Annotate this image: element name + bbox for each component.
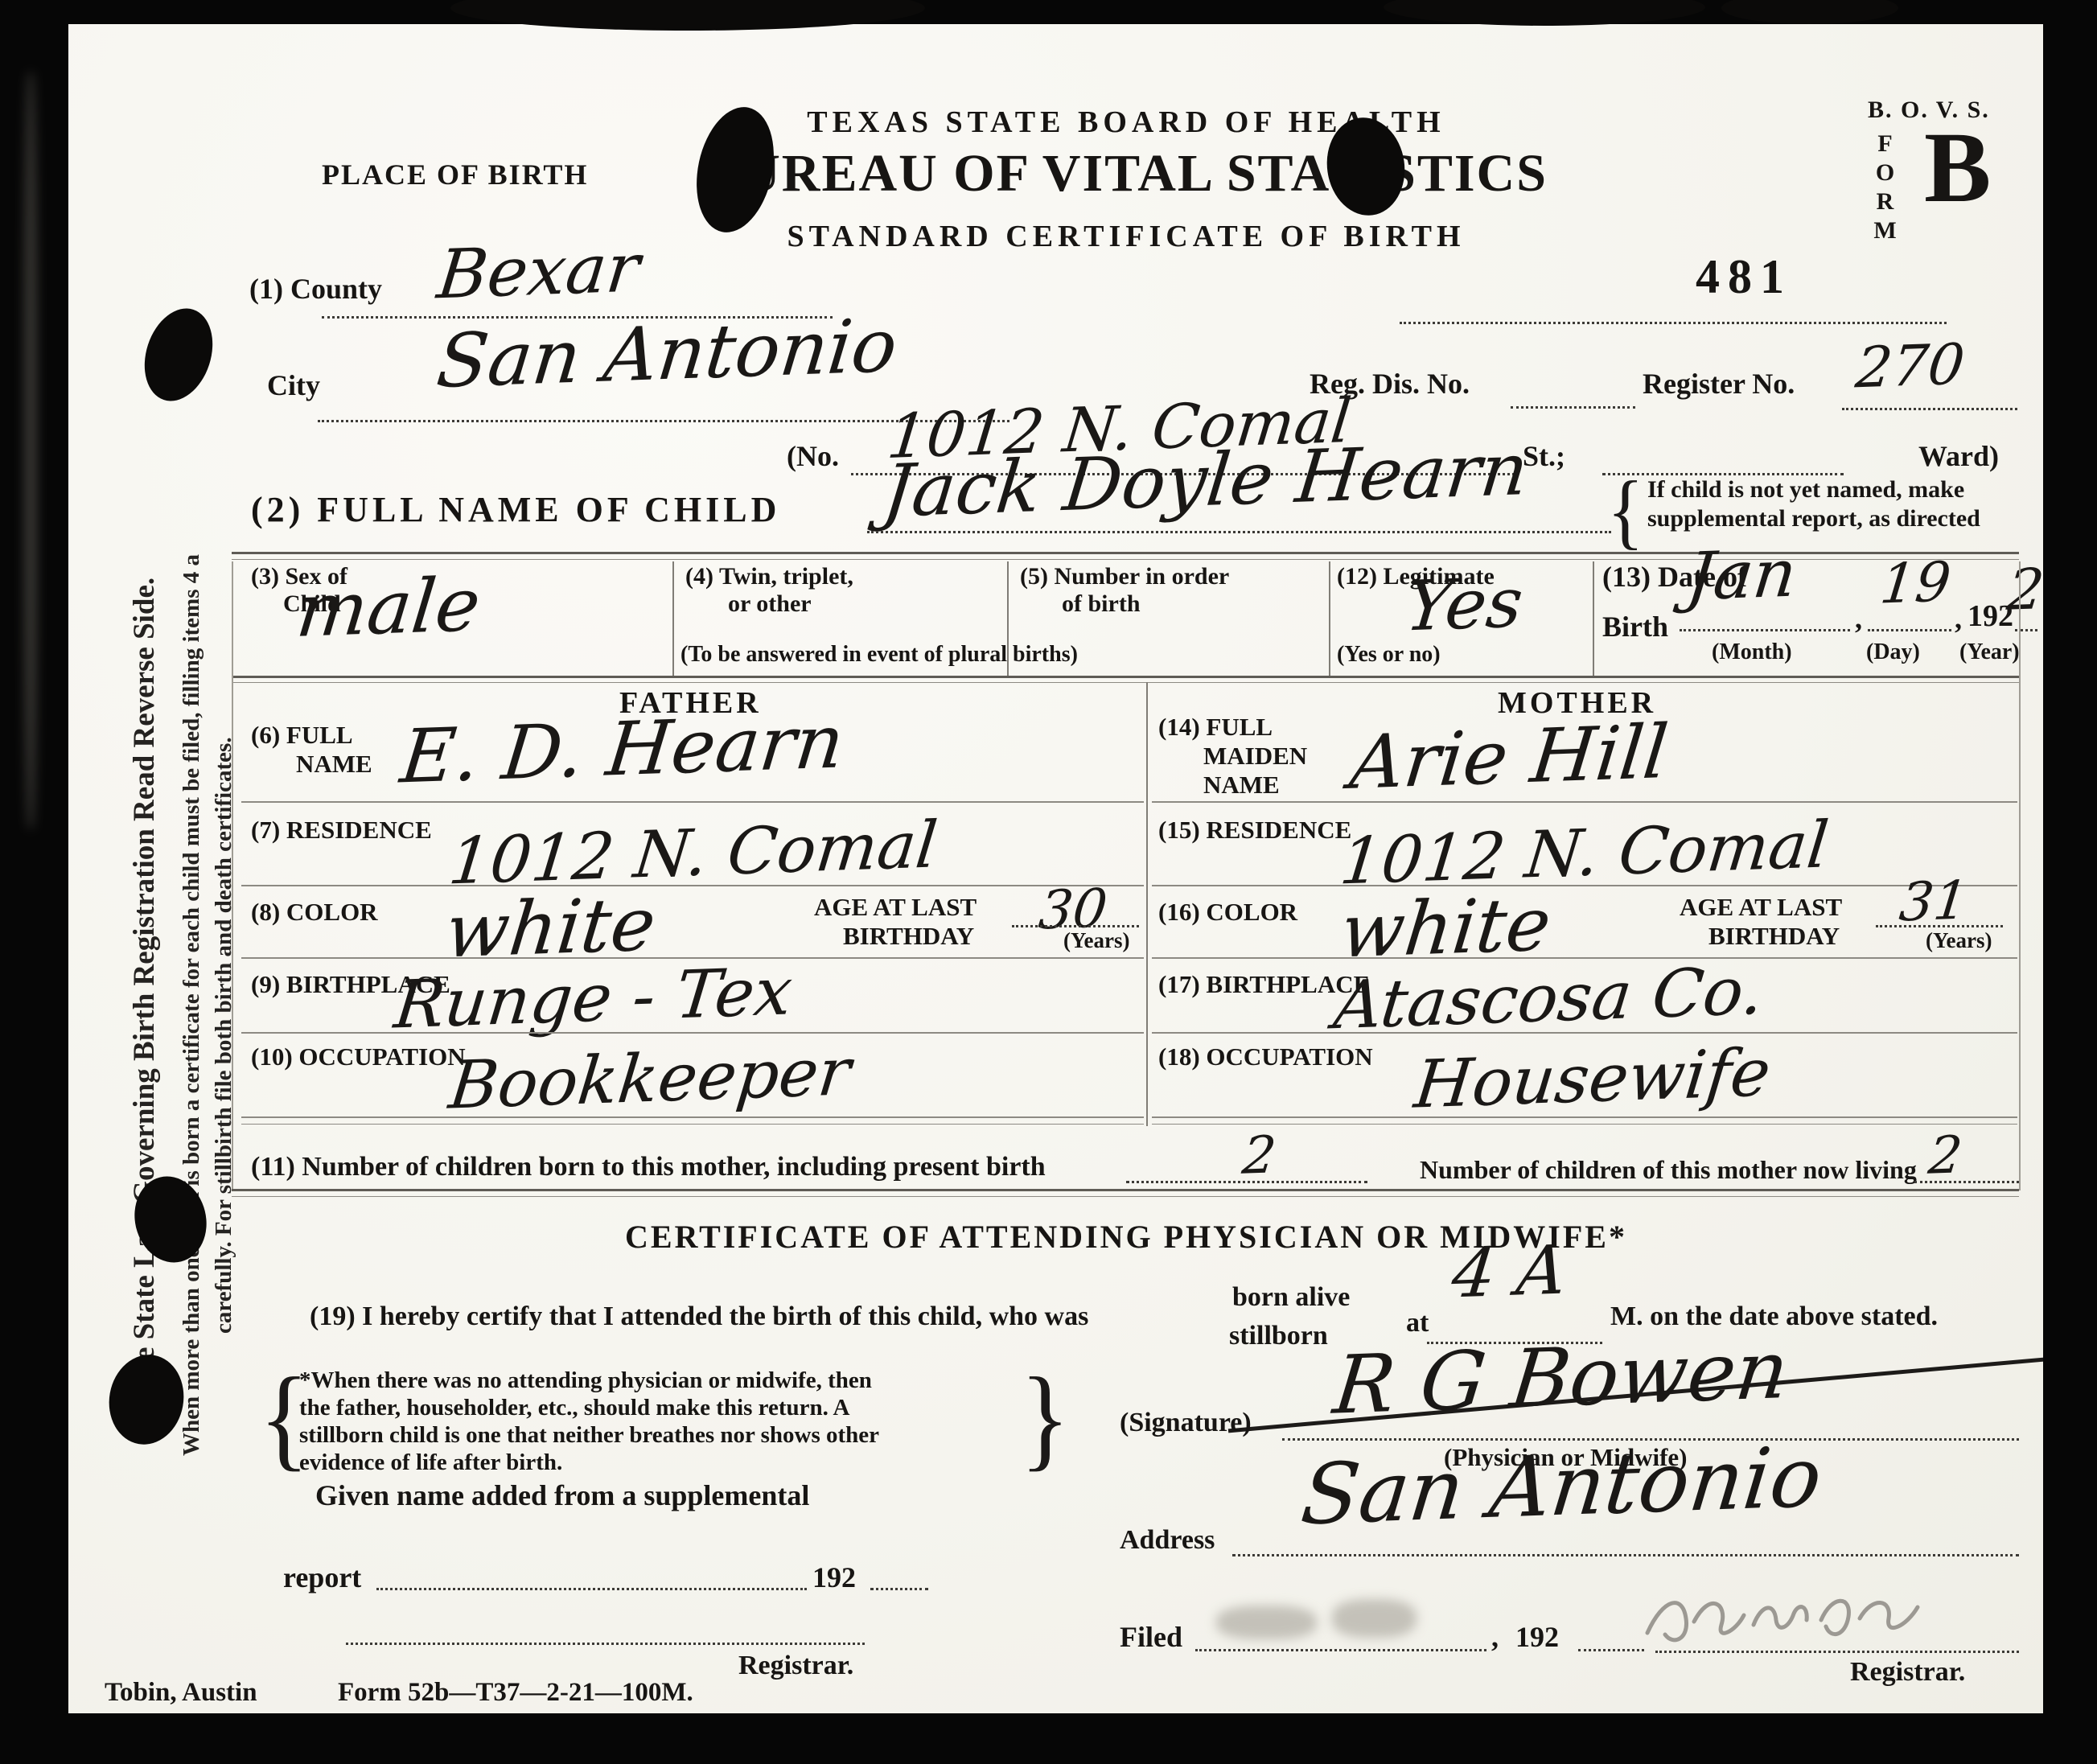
father-occupation-line-2 bbox=[241, 1124, 1144, 1125]
supplemental-brace: { bbox=[1607, 463, 1644, 560]
father-name-line bbox=[241, 801, 1144, 803]
children-born-label: (11) Number of children born to this mot… bbox=[251, 1152, 1046, 1182]
supplemental-given-name-text: Given name added from a supplemental bbox=[315, 1478, 809, 1512]
scanned-birth-certificate: PLACE OF BIRTH TEXAS STATE BOARD OF HEAL… bbox=[0, 0, 2097, 1764]
column-divider-1 bbox=[672, 561, 674, 677]
father-name-value: E. D. Hearn bbox=[397, 698, 848, 800]
twin-label-line2: or other bbox=[728, 590, 812, 618]
children-born-line bbox=[1126, 1181, 1367, 1183]
mother-name-line bbox=[1152, 801, 2017, 803]
mother-residence-line bbox=[1152, 885, 2017, 886]
father-mother-divider bbox=[1146, 682, 1148, 1126]
supplemental-note-line2: supplemental report, as directed bbox=[1647, 505, 1980, 532]
year-label: (Year) bbox=[1959, 639, 2020, 665]
month-label: (Month) bbox=[1712, 639, 1792, 665]
mother-occupation-line bbox=[1152, 1116, 2017, 1118]
legitimate-value: Yes bbox=[1401, 563, 1527, 648]
report-line bbox=[376, 1588, 807, 1590]
register-label: Register No. bbox=[1643, 367, 1795, 401]
mother-residence-label: (15) RESIDENCE bbox=[1158, 816, 1351, 845]
father-occupation-label: (10) OCCUPATION bbox=[251, 1042, 466, 1071]
column-divider-4 bbox=[1593, 561, 1594, 677]
registrar-pencil-signature bbox=[1641, 1583, 1947, 1655]
reg-dis-line bbox=[1511, 406, 1635, 409]
city-value: San Antonio bbox=[433, 302, 901, 405]
mother-color-label: (16) COLOR bbox=[1158, 898, 1297, 927]
file-number: 481 bbox=[1696, 249, 1792, 305]
dob-day-line bbox=[1868, 629, 1951, 631]
dob-comma-2: , bbox=[1955, 602, 1962, 635]
scan-edge-right bbox=[2043, 0, 2097, 1764]
mother-name-label-3: NAME bbox=[1203, 771, 1280, 800]
children-living-line bbox=[1914, 1181, 2019, 1183]
father-name-label-2: NAME bbox=[296, 750, 372, 779]
father-age-line bbox=[1012, 925, 1139, 927]
children-living-value: 2 bbox=[1926, 1125, 1965, 1186]
certify-text: (19) I hereby certify that I attended th… bbox=[310, 1301, 1088, 1332]
filed-comma: , bbox=[1491, 1620, 1499, 1654]
mother-occupation-label: (18) OCCUPATION bbox=[1158, 1042, 1373, 1071]
scan-edge-bottom bbox=[0, 1713, 2097, 1764]
child-name-label: (2) FULL NAME OF CHILD bbox=[251, 489, 780, 530]
born-alive-option: born alive bbox=[1232, 1282, 1350, 1313]
father-color-label: (8) COLOR bbox=[251, 898, 378, 927]
margin-instruction-line3: carefully. For stillbirth file both birt… bbox=[211, 737, 237, 1334]
mother-name-label-2: MAIDEN bbox=[1203, 742, 1307, 771]
scan-scratch-left bbox=[24, 72, 37, 829]
filed-year: 192 bbox=[1515, 1620, 1559, 1654]
mother-name-value: Arie Hill bbox=[1347, 709, 1672, 806]
birth-time-value: 4 A bbox=[1449, 1231, 1571, 1314]
physician-note-line1: *When there was no attending physician o… bbox=[299, 1367, 872, 1394]
physician-note-line4: evidence of life after birth. bbox=[299, 1449, 562, 1476]
column-divider-3 bbox=[1329, 561, 1330, 677]
dob-label-line2: Birth bbox=[1602, 610, 1668, 644]
filed-line bbox=[1195, 1649, 1486, 1651]
child-name-line bbox=[867, 531, 1611, 533]
dob-month-line bbox=[1680, 629, 1850, 631]
registrar-right-label: Registrar. bbox=[1850, 1657, 1965, 1688]
father-age-label-1: AGE AT LAST bbox=[814, 893, 977, 922]
columns-bottom-rule bbox=[232, 676, 2019, 678]
registrar-left-label: Registrar. bbox=[738, 1651, 853, 1681]
at-label: at bbox=[1406, 1308, 1429, 1338]
address-line bbox=[1232, 1554, 2019, 1556]
report-label: report bbox=[283, 1560, 361, 1594]
city-label: City bbox=[267, 368, 320, 402]
printer-imprint: Tobin, Austin bbox=[105, 1678, 257, 1708]
order-label-line2: of birth bbox=[1062, 590, 1141, 618]
dob-comma-1: , bbox=[1855, 602, 1862, 635]
legitimate-note: (Yes or no) bbox=[1337, 642, 1441, 668]
father-age-label-2: BIRTHDAY bbox=[843, 922, 974, 951]
children-row-rule-2 bbox=[232, 1196, 2019, 1197]
county-label: (1) County bbox=[249, 272, 382, 306]
children-living-label: Number of children of this mother now li… bbox=[1420, 1155, 1917, 1185]
note-brace-close: } bbox=[1020, 1352, 1070, 1485]
physician-note-line2: the father, householder, etc., should ma… bbox=[299, 1395, 850, 1421]
report-year: 192 bbox=[812, 1560, 856, 1594]
address-value: San Antonio bbox=[1297, 1428, 1826, 1544]
bureau-title: BUREAU OF VITAL STATISTICS bbox=[635, 143, 1617, 204]
mother-age-value: 31 bbox=[1897, 870, 1971, 934]
father-years-label: (Years) bbox=[1063, 928, 1129, 953]
signature-label: (Signature) bbox=[1120, 1408, 1252, 1438]
board-title: TEXAS STATE BOARD OF HEALTH bbox=[684, 105, 1569, 140]
filed-year-line bbox=[1578, 1649, 1644, 1651]
signature-value: R G Bowen bbox=[1330, 1322, 1793, 1433]
children-row-rule bbox=[232, 1189, 2019, 1191]
margin-instruction-line2: When more than one child is born a certi… bbox=[179, 554, 205, 1456]
faint-stamp-mark-1 bbox=[1216, 1606, 1317, 1639]
day-label: (Day) bbox=[1866, 639, 1920, 665]
mother-age-label-1: AGE AT LAST bbox=[1680, 893, 1842, 922]
dob-day-value: 19 bbox=[1877, 551, 1954, 617]
father-birthplace-value: Runge - Tex bbox=[391, 953, 796, 1043]
plural-births-note: (To be answered in event of plural birth… bbox=[680, 642, 1078, 668]
father-occupation-line bbox=[241, 1116, 1144, 1118]
place-of-birth-label: PLACE OF BIRTH bbox=[322, 158, 588, 191]
father-residence-line bbox=[241, 885, 1144, 886]
address-label: Address bbox=[1120, 1525, 1215, 1556]
county-value: Bexar bbox=[434, 228, 643, 315]
mother-color-value: white bbox=[1337, 882, 1555, 975]
supplemental-note-line1: If child is not yet named, make bbox=[1647, 476, 1964, 504]
father-name-label-1: (6) FULL bbox=[251, 721, 353, 750]
mother-occupation-value: Housewife bbox=[1411, 1034, 1774, 1123]
margin-instruction-line1: For the State Law Governing Birth Regist… bbox=[127, 578, 162, 1440]
grid-right-rule bbox=[2019, 561, 2021, 1190]
father-birthplace-line bbox=[241, 1032, 1144, 1034]
mother-age-line bbox=[1876, 925, 2003, 927]
children-born-value: 2 bbox=[1240, 1125, 1279, 1186]
mother-name-label-1: (14) FULL bbox=[1158, 713, 1273, 742]
report-year-line bbox=[870, 1588, 928, 1590]
form-letter-b: B bbox=[1924, 111, 1991, 226]
register-line bbox=[1842, 408, 2017, 410]
file-number-line bbox=[1400, 322, 1947, 324]
father-occupation-value: Bookkeeper bbox=[446, 1034, 854, 1124]
mother-age-label-2: BIRTHDAY bbox=[1708, 922, 1840, 951]
mother-occupation-line-2 bbox=[1152, 1124, 2017, 1125]
sex-value: male bbox=[293, 561, 484, 654]
twin-label-line1: (4) Twin, triplet, bbox=[685, 563, 853, 590]
form-vertical-label: FORM bbox=[1871, 130, 1898, 275]
order-label-line1: (5) Number in order bbox=[1020, 563, 1229, 590]
columns-bottom-rule-2 bbox=[232, 682, 2019, 683]
physician-note-line3: stillborn child is one that neither brea… bbox=[299, 1422, 879, 1449]
ward-label: Ward) bbox=[1918, 439, 1999, 473]
faint-stamp-mark-2 bbox=[1332, 1599, 1417, 1638]
standard-title: STANDARD CERTIFICATE OF BIRTH bbox=[684, 219, 1569, 254]
form-number-imprint: Form 52b—T37—2-21—100M. bbox=[338, 1678, 693, 1708]
mother-years-label: (Years) bbox=[1926, 928, 1992, 953]
mother-birthplace-value: Atascosa Co. bbox=[1330, 953, 1767, 1044]
father-residence-label: (7) RESIDENCE bbox=[251, 816, 432, 845]
registrar-left-line bbox=[346, 1643, 865, 1645]
dob-month-value: Jan bbox=[1684, 536, 1800, 616]
street-no-label: (No. bbox=[787, 439, 839, 473]
dob-year-handwritten: 2 bbox=[2004, 556, 2047, 623]
mother-birthplace-line bbox=[1152, 1032, 2017, 1034]
filed-label: Filed bbox=[1120, 1620, 1182, 1654]
register-value: 270 bbox=[1852, 331, 1967, 401]
